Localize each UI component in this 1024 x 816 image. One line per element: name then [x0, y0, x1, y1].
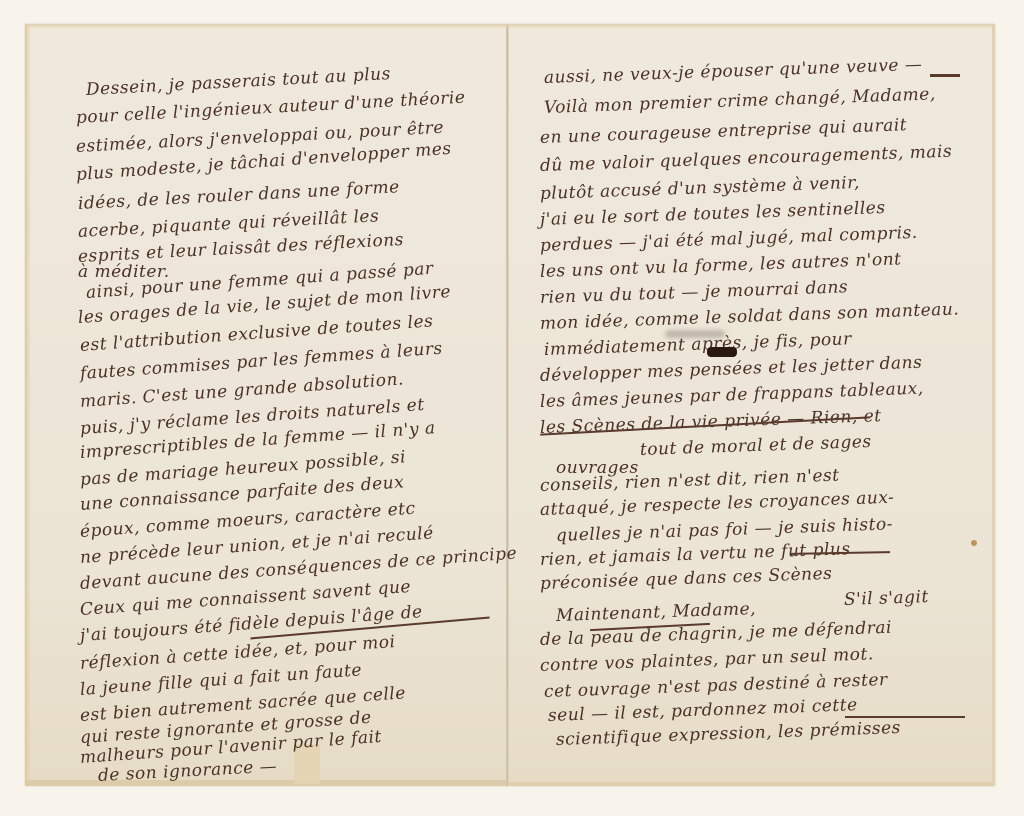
- text-underline: [845, 716, 965, 718]
- ink-smudge: [665, 330, 725, 338]
- manuscript-line: S'il s'agit: [844, 587, 929, 610]
- paper-edge-top: [25, 24, 995, 29]
- paper-edge-left: [25, 24, 31, 786]
- ink-blot: [707, 347, 737, 357]
- center-fold: [506, 24, 509, 786]
- foxing-stain: [971, 540, 977, 546]
- text-dash: [930, 74, 960, 77]
